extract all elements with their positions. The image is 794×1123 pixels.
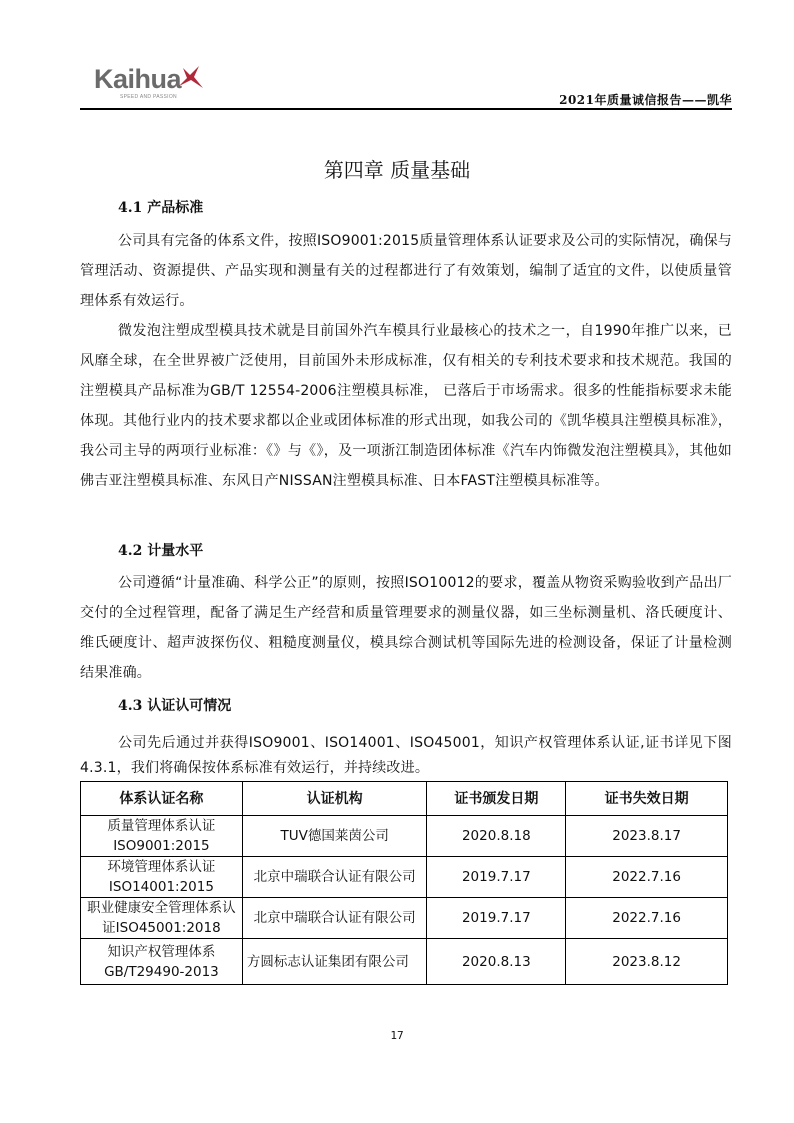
hummingbird-logo-icon — [177, 64, 205, 92]
paragraph-product-standard-1: 公司具有完备的体系文件，按照ISO9001:2015质量管理体系认证要求及公司的… — [80, 226, 732, 316]
table-row: 环境管理体系认证ISO14001:2015 北京中瑞联合认证有限公司 2019.… — [81, 857, 728, 898]
company-logo: Kaihua SPEED AND PASSION — [94, 62, 214, 102]
cert-name-cell: 知识产权管理体系GB/T29490-2013 — [81, 939, 243, 985]
paragraph-measurement-level: 公司遵循“计量准确、科学公正”的原则，按照ISO10012的要求，覆盖从物资采购… — [80, 568, 732, 688]
certification-table: 体系认证名称 认证机构 证书颁发日期 证书失效日期 质量管理体系认证ISO900… — [80, 781, 728, 985]
cert-name-cell: 环境管理体系认证ISO14001:2015 — [81, 857, 243, 898]
paragraph-product-standard-2: 微发泡注塑成型模具技术就是目前国外汽车模具行业最核心的技术之一，自1990年推广… — [80, 316, 732, 496]
section-heading-4-1: 4.1 产品标准 — [118, 197, 203, 217]
expiry-date-cell: 2022.7.16 — [566, 857, 728, 898]
expiry-date-cell: 2023.8.12 — [566, 939, 728, 985]
cert-body-cell: 北京中瑞联合认证有限公司 — [242, 898, 427, 939]
column-header-cert-body: 认证机构 — [242, 782, 427, 816]
section-heading-4-2: 4.2 计量水平 — [118, 540, 203, 560]
issue-date-cell: 2019.7.17 — [427, 857, 566, 898]
issue-date-cell: 2019.7.17 — [427, 898, 566, 939]
table-header-row: 体系认证名称 认证机构 证书颁发日期 证书失效日期 — [81, 782, 728, 816]
logo-wordmark: Kaihua — [94, 64, 181, 95]
issue-date-cell: 2020.8.13 — [427, 939, 566, 985]
expiry-date-cell: 2022.7.16 — [566, 898, 728, 939]
column-header-issue-date: 证书颁发日期 — [427, 782, 566, 816]
logo-tagline: SPEED AND PASSION — [120, 94, 177, 100]
paragraph-certification: 公司先后通过并获得ISO9001、ISO14001、ISO45001，知识产权管… — [80, 731, 732, 781]
cert-body-cell: 北京中瑞联合认证有限公司 — [242, 857, 427, 898]
expiry-date-cell: 2023.8.17 — [566, 816, 728, 857]
column-header-cert-name: 体系认证名称 — [81, 782, 243, 816]
page-number: 17 — [0, 1029, 794, 1042]
column-header-expiry-date: 证书失效日期 — [566, 782, 728, 816]
section-heading-4-3: 4.3 认证认可情况 — [118, 695, 231, 715]
report-header-title: 2021年质量诚信报告——凯华 — [559, 91, 732, 108]
table-row: 职业健康安全管理体系认证ISO45001:2018 北京中瑞联合认证有限公司 2… — [81, 898, 728, 939]
cert-body-cell: 方圆标志认证集团有限公司 — [242, 939, 427, 985]
table-row: 知识产权管理体系GB/T29490-2013 方圆标志认证集团有限公司 2020… — [81, 939, 728, 985]
issue-date-cell: 2020.8.18 — [427, 816, 566, 857]
table-row: 质量管理体系认证ISO9001:2015 TUV德国莱茵公司 2020.8.18… — [81, 816, 728, 857]
header-divider — [80, 108, 732, 110]
cert-name-cell: 质量管理体系认证ISO9001:2015 — [81, 816, 243, 857]
chapter-title: 第四章 质量基础 — [0, 154, 794, 183]
cert-name-cell: 职业健康安全管理体系认证ISO45001:2018 — [81, 898, 243, 939]
cert-body-cell: TUV德国莱茵公司 — [242, 816, 427, 857]
